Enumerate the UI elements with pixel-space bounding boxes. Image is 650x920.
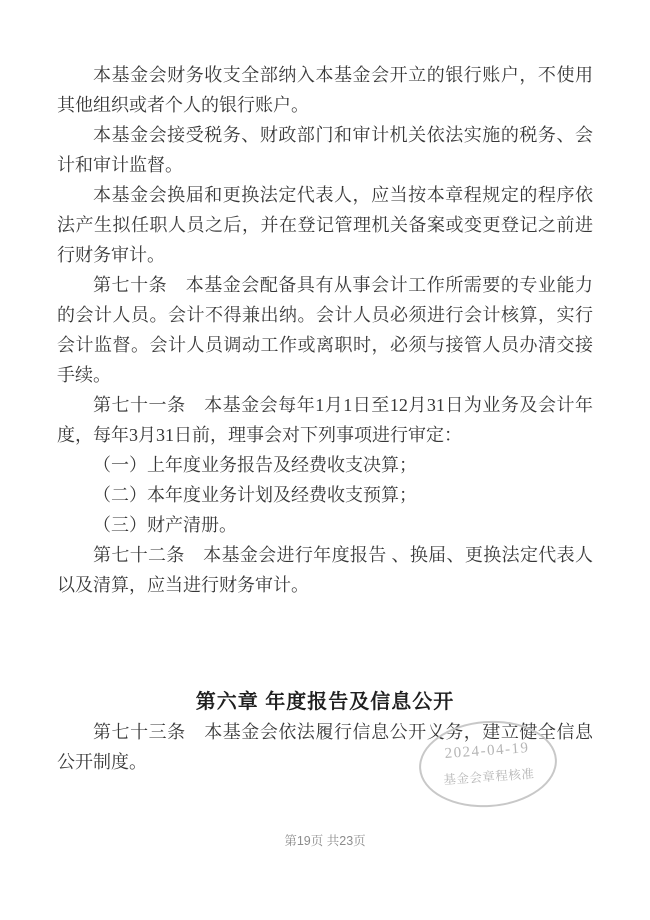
paragraph: 本基金会财务收支全部纳入本基金会开立的银行账户，不使用其他组织或者个人的银行账户… bbox=[57, 60, 593, 120]
chapter-heading: 第六章 年度报告及信息公开 bbox=[57, 687, 593, 717]
page-footer: 第19页 共23页 bbox=[0, 831, 650, 849]
document-page: 本基金会财务收支全部纳入本基金会开立的银行账户，不使用其他组织或者个人的银行账户… bbox=[0, 0, 650, 920]
stamp-label: 基金会章程核准 bbox=[443, 764, 535, 788]
paragraph: 本基金会换届和更换法定代表人，应当按本章程规定的程序依法产生拟任职人员之后，并在… bbox=[57, 180, 593, 270]
page-number-indicator: 第19页 共23页 bbox=[284, 834, 365, 848]
paragraph: 第七十一条 本基金会每年1月1日至12月31日为业务及会计年度，每年3月31日前… bbox=[57, 390, 593, 450]
paragraph: 第七十二条 本基金会进行年度报告 、换届、更换法定代表人以及清算，应当进行财务审… bbox=[57, 540, 593, 600]
list-item: （二）本年度业务计划及经费收支预算； bbox=[57, 480, 593, 510]
paragraph: 第七十条 本基金会配备具有从事会计工作所需要的专业能力的会计人员。会计不得兼出纳… bbox=[57, 270, 593, 390]
document-body: 本基金会财务收支全部纳入本基金会开立的银行账户，不使用其他组织或者个人的银行账户… bbox=[57, 60, 593, 777]
list-item: （一）上年度业务报告及经费收支决算； bbox=[57, 450, 593, 480]
paragraph: 本基金会接受税务、财政部门和审计机关依法实施的税务、会计和审计监督。 bbox=[57, 120, 593, 180]
stamp-date: 2024-04-19 bbox=[444, 740, 530, 763]
list-item: （三）财产清册。 bbox=[57, 510, 593, 540]
